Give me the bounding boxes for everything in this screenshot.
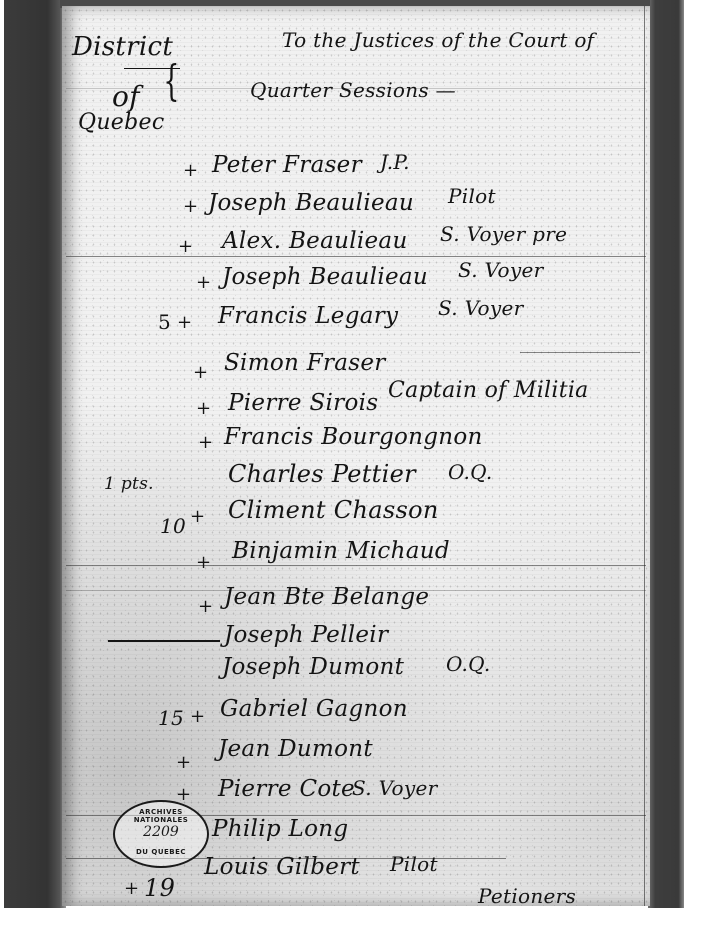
entry-name: Charles Pettier [228,460,416,488]
address-line-1: To the Justices of the Court of [282,28,594,52]
entry-number: 19 [144,874,175,902]
entry-mark: + [196,272,211,293]
entry-title: J.P. [380,150,410,174]
entry-mark: + [176,752,191,773]
entry-name: Joseph Pelleir [224,622,388,648]
entry-title: O.Q. [448,460,493,484]
entry-title: S. Voyer [352,776,437,800]
entry-title: Pilot [448,184,496,208]
entry-name: Joseph Dumont [222,654,404,680]
bottom-signature: Petioners [478,884,576,908]
entry-mark: + [183,160,198,181]
margin-note: 1 pts. [104,474,154,494]
entry-name: Jean Dumont [218,736,373,762]
district-of-label: of [112,80,140,113]
entry-title: S. Voyer [438,296,523,320]
entry-name: Peter Fraser [212,152,362,178]
archive-stamp: ARCHIVES NATIONALES 2209 DU QUEBEC [113,800,209,868]
entry-name: Louis Gilbert [204,854,360,880]
entry-name: Alex. Beaulieau [222,228,408,254]
entry-title: O.Q. [446,652,491,676]
document-page [62,6,650,906]
entry-mark: + [198,596,213,617]
entry-name: Francis Legary [218,303,398,329]
district-label: District [72,32,173,62]
entry-title: Pilot [390,852,438,876]
dash-line [108,640,220,642]
scan-dark-edge-right [648,0,684,908]
entry-name: Pierre Cote [218,776,355,802]
entry-name: Climent Chasson [228,496,439,524]
entry-name: Gabriel Gagnon [220,696,408,722]
entry-mark: + [177,312,192,333]
entry-name: Binjamin Michaud [232,538,450,564]
entry-mark: + [198,432,213,453]
entry-name: Pierre Sirois [228,390,378,416]
entry-mark: + [196,398,211,419]
entry-title: S. Voyer [458,258,543,282]
stamp-number: 2209 [115,824,207,840]
entry-name: Joseph Beaulieau [208,190,414,216]
entry-name: Jean Bte Belange [224,584,429,610]
ruled-line [66,565,646,566]
entry-name: Joseph Beaulieau [222,264,428,290]
brace-glyph: { [163,56,179,105]
entry-number: 15 [158,706,184,730]
address-line-2: Quarter Sessions — [250,78,456,102]
entry-name: Philip Long [212,816,348,842]
right-margin-line [644,6,645,906]
entry-mark: + [193,362,208,383]
stamp-top-text: ARCHIVES NATIONALES [115,808,207,824]
entry-mark: + [178,236,193,257]
entry-title: S. Voyer pre [440,222,567,246]
entry-mark: + [183,196,198,217]
ruled-line [66,256,646,257]
entry-mark: + [190,506,205,527]
entry-mark: + [190,706,205,727]
scan-dark-edge-left [4,0,66,908]
entry-name: Francis Bourgongnon [224,424,483,450]
stamp-bottom-text: DU QUEBEC [115,848,207,856]
entry-number: 10 [160,514,186,538]
entry-number: 5 [158,310,171,334]
entry-mark: + [124,878,139,899]
entry-title: Captain of Militia [388,378,589,403]
entry-mark: + [196,552,211,573]
entry-name: Simon Fraser [224,350,386,376]
ruled-line [520,352,640,353]
district-quebec-label: Quebec [78,110,164,135]
paper-noise [62,6,650,906]
